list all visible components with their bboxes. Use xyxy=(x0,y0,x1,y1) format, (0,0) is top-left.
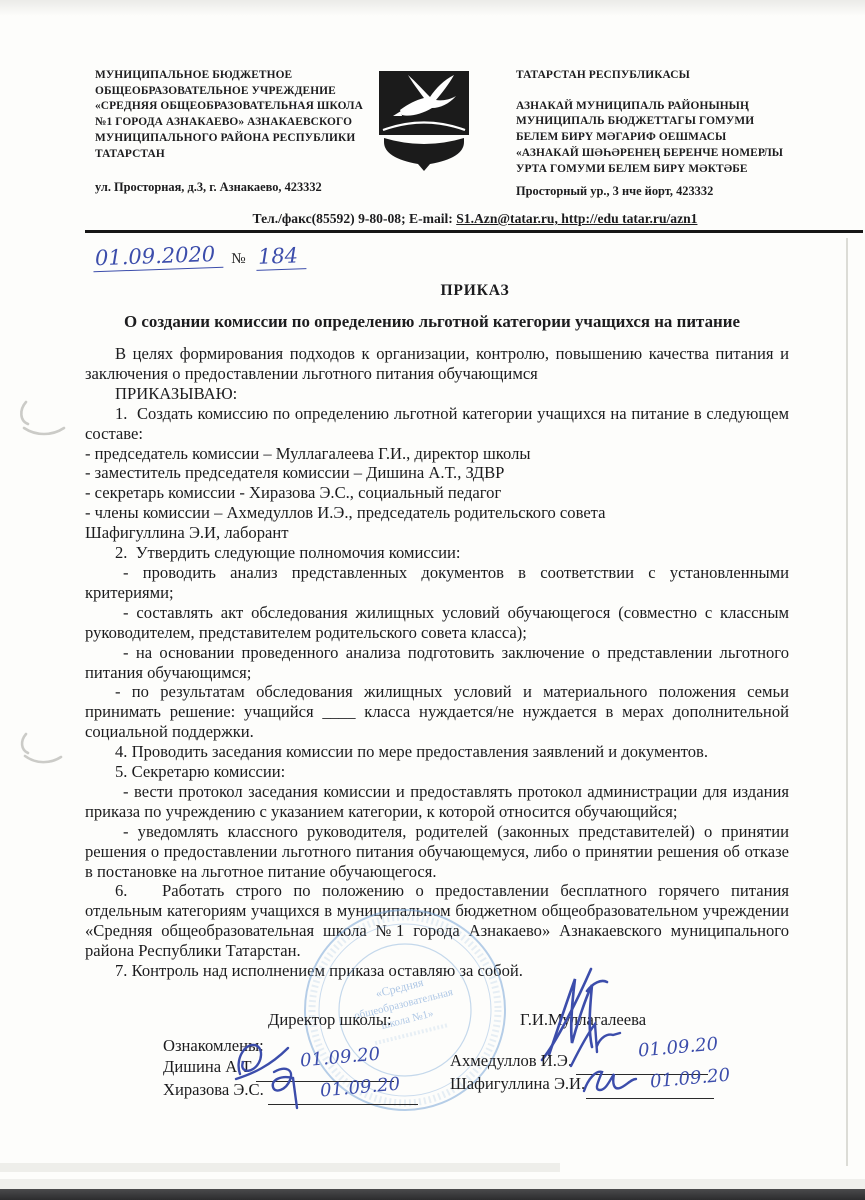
duty-decision: - по результатам обследования жилищных у… xyxy=(85,682,789,742)
director-label: Директор школы: xyxy=(268,1010,392,1030)
email-url-text: S1.Azn@tatar.ru, http://edu tatar.ru/azn… xyxy=(456,211,697,226)
paper-crease-line xyxy=(846,238,848,1166)
org-address-russian: ул. Просторная, д.3, г. Азнакаево, 42333… xyxy=(95,180,322,195)
document-scan: МУНИЦИПАЛЬНОЕ БЮДЖЕТНОЕ ОБЩЕОБРАЗОВАТЕЛЬ… xyxy=(0,0,865,1200)
handwritten-ack-date: 01.09.20 xyxy=(319,1074,401,1102)
paragraph-item-4: 4. Проводить заседания комиссии по мере … xyxy=(85,742,789,762)
org-line: ТАТАРСТАН xyxy=(95,147,395,163)
country-line: ТАТАРСТАН РЕСПУБЛИКАСЫ xyxy=(516,68,851,84)
org-line: ОБЩЕОБРАЗОВАТЕЛЬНОЕ УЧРЕЖДЕНИЕ xyxy=(95,84,395,100)
duty-conclusion: - на основании проведенного анализа подг… xyxy=(85,643,789,683)
paragraph-item-6: 6. Работать строго по положению о предос… xyxy=(85,881,789,961)
spacer xyxy=(516,84,851,99)
duty-analysis: - проводить анализ представленных докуме… xyxy=(85,563,789,603)
commission-member-2: Шафигуллина Э.И, лаборант xyxy=(85,523,789,543)
org-line: №1 ГОРОДА АЗНАКАЕВО» АЗНАКАЕВСКОГО xyxy=(95,115,395,131)
order-body: В целях формирования подходов к организа… xyxy=(85,344,789,981)
paragraph-prikazyvayu: ПРИКАЗЫВАЮ: xyxy=(85,384,789,404)
commission-deputy: - заместитель председателя комиссии – Ди… xyxy=(85,463,789,483)
org-line: МУНИЦИПАЛЬНОЕ БЮДЖЕТНОЕ xyxy=(95,68,395,84)
handwritten-ack-date: 01.09.20 xyxy=(649,1065,731,1093)
order-subject-title: О создании комиссии по определению льгот… xyxy=(42,312,822,332)
secretary-protocol-duty: - вести протокол заседания комиссии и пр… xyxy=(85,782,789,822)
signature-scribble xyxy=(262,1060,316,1112)
coat-of-arms-falcon-icon xyxy=(378,70,470,174)
secretary-notify-duty: - уведомлять классного руководителя, род… xyxy=(85,822,789,882)
number-sign: № xyxy=(231,251,245,267)
contact-line: Тел./факс(85592) 9-80-08; E-mail: S1.Azn… xyxy=(85,211,865,227)
org-line: АЗНАКАЙ МУНИЦИПАЛЬ РАЙОНЫНЫҢ xyxy=(516,99,851,115)
commission-secretary: - секретарь комиссии - Хиразова Э.С., со… xyxy=(85,483,789,503)
requisites-row: 01.09.2020 № 184 xyxy=(93,244,306,270)
commission-members: - члены комиссии – Ахмедуллов И.Э., пред… xyxy=(85,503,789,523)
scan-top-shadow xyxy=(0,0,865,16)
paragraph-preamble: В целях формирования подходов к организа… xyxy=(85,344,789,384)
org-line: БЕЛЕМ БИРҮ МӘГАРИФ ОЕШМАСЫ xyxy=(516,130,851,146)
org-line: МУНИЦИПАЛЬ БЮДЖЕТТАГЫ ГОМУМИ xyxy=(516,114,851,130)
paragraph-item-7: 7. Контроль над исполнением приказа оста… xyxy=(85,961,789,981)
handwritten-order-number: 184 xyxy=(255,243,306,271)
acknowledged-name: Шафигуллина Э.И. xyxy=(450,1074,585,1094)
acknowledged-name: Ахмедуллов И.Э. xyxy=(450,1051,572,1071)
scan-bottom-edge xyxy=(0,1189,865,1200)
scan-smudge xyxy=(0,1163,560,1172)
acknowledged-name: Хиразова Э.С. xyxy=(163,1080,264,1100)
header-divider xyxy=(85,230,863,233)
org-name-russian: МУНИЦИПАЛЬНОЕ БЮДЖЕТНОЕ ОБЩЕОБРАЗОВАТЕЛЬ… xyxy=(95,68,395,162)
paragraph-item-5: 5. Секретарю комиссии: xyxy=(85,762,789,782)
org-line: «СРЕДНЯЯ ОБЩЕОБРАЗОВАТЕЛЬНАЯ ШКОЛА xyxy=(95,99,395,115)
org-line: «АЗНАКАЙ ШӘҺӘРЕНЕҢ БЕРЕНЧЕ НОМЕРЛЫ xyxy=(516,146,851,162)
margin-mark xyxy=(14,394,72,446)
handwritten-ack-date: 01.09.20 xyxy=(637,1034,719,1062)
org-address-tatar: Просторный ур., 3 нче йорт, 423332 xyxy=(516,184,713,199)
doc-type-title: ПРИКАЗ xyxy=(85,282,865,300)
org-line: МУНИЦИПАЛЬНОГО РАЙОНА РЕСПУБЛИКИ xyxy=(95,131,395,147)
margin-mark xyxy=(16,728,68,772)
handwritten-date: 01.09.2020 xyxy=(93,242,224,273)
org-line: УРТА ГОМУМИ БЕЛЕМ БИРҮ МӘКТӘБЕ xyxy=(516,162,851,178)
org-header-tatar: ТАТАРСТАН РЕСПУБЛИКАСЫ АЗНАКАЙ МУНИЦИПАЛ… xyxy=(516,68,851,177)
duty-inspection-act: - составлять акт обследования жилищных у… xyxy=(85,603,789,643)
scan-band xyxy=(0,1179,865,1189)
commission-chair: - председатель комиссии – Муллагалеева Г… xyxy=(85,444,789,464)
paragraph-item-1: 1. Создать комиссию по определению льгот… xyxy=(85,404,789,444)
paragraph-item-2: 2. Утвердить следующие полномочия комисс… xyxy=(85,543,789,563)
phone-text: Тел./факс(85592) 9-80-08; E-mail: xyxy=(253,211,457,226)
signature-scribble xyxy=(578,1057,642,1101)
